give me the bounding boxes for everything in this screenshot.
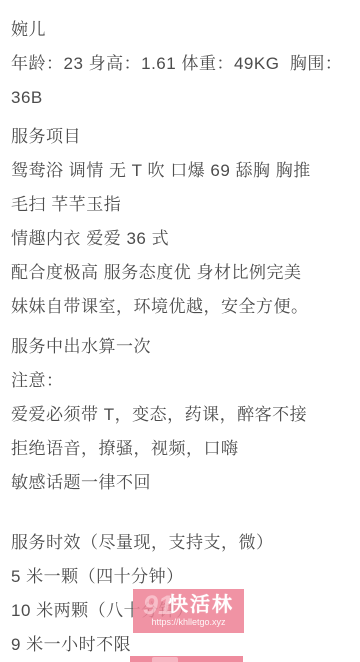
notice-line-2: 拒绝语音，撩骚，视频，口嗨 (11, 432, 350, 466)
notice-line-3: 敏感话题一律不回 (11, 466, 350, 500)
services-header: 服务项目 (11, 120, 350, 154)
services-line-3: 情趣内衣 爱爱 36 式 (11, 222, 350, 256)
watermark-partial-number-hint (152, 657, 178, 662)
profile-text-document: 婉儿 年龄：23 身高：1.61 体重：49KG 胸围：36B 服务项目 鸳鸯浴… (0, 0, 360, 662)
description-line-2: 妹妹自带课室，环境优越，安全方便。 (11, 290, 350, 324)
watermark-badge: 91 快活林 https://khlletgo.xyz (133, 589, 244, 633)
description-line-1: 配合度极高 服务态度优 身材比例完美 (11, 256, 350, 290)
profile-stats: 年龄：23 身高：1.61 体重：49KG 胸围：36B (11, 47, 350, 115)
description-line-3: 服务中出水算一次 (11, 330, 350, 364)
services-line-2: 毛扫 芊芊玉指 (11, 188, 350, 222)
pricing-header: 服务时效（尽量现，支持支，微） (11, 526, 350, 560)
watermark-badge-partial (130, 656, 243, 662)
watermark-brand: 91 快活林 (133, 590, 244, 620)
watermark-brand-name: 快活林 (168, 595, 234, 615)
notice-line-1: 爱爱必须带 T，变态，药课，醉客不接 (11, 398, 350, 432)
services-line-1: 鸳鸯浴 调情 无 T 吹 口爆 69 舔胸 胸推 (11, 154, 350, 188)
notice-header: 注意： (11, 364, 350, 398)
profile-name: 婉儿 (11, 13, 350, 47)
